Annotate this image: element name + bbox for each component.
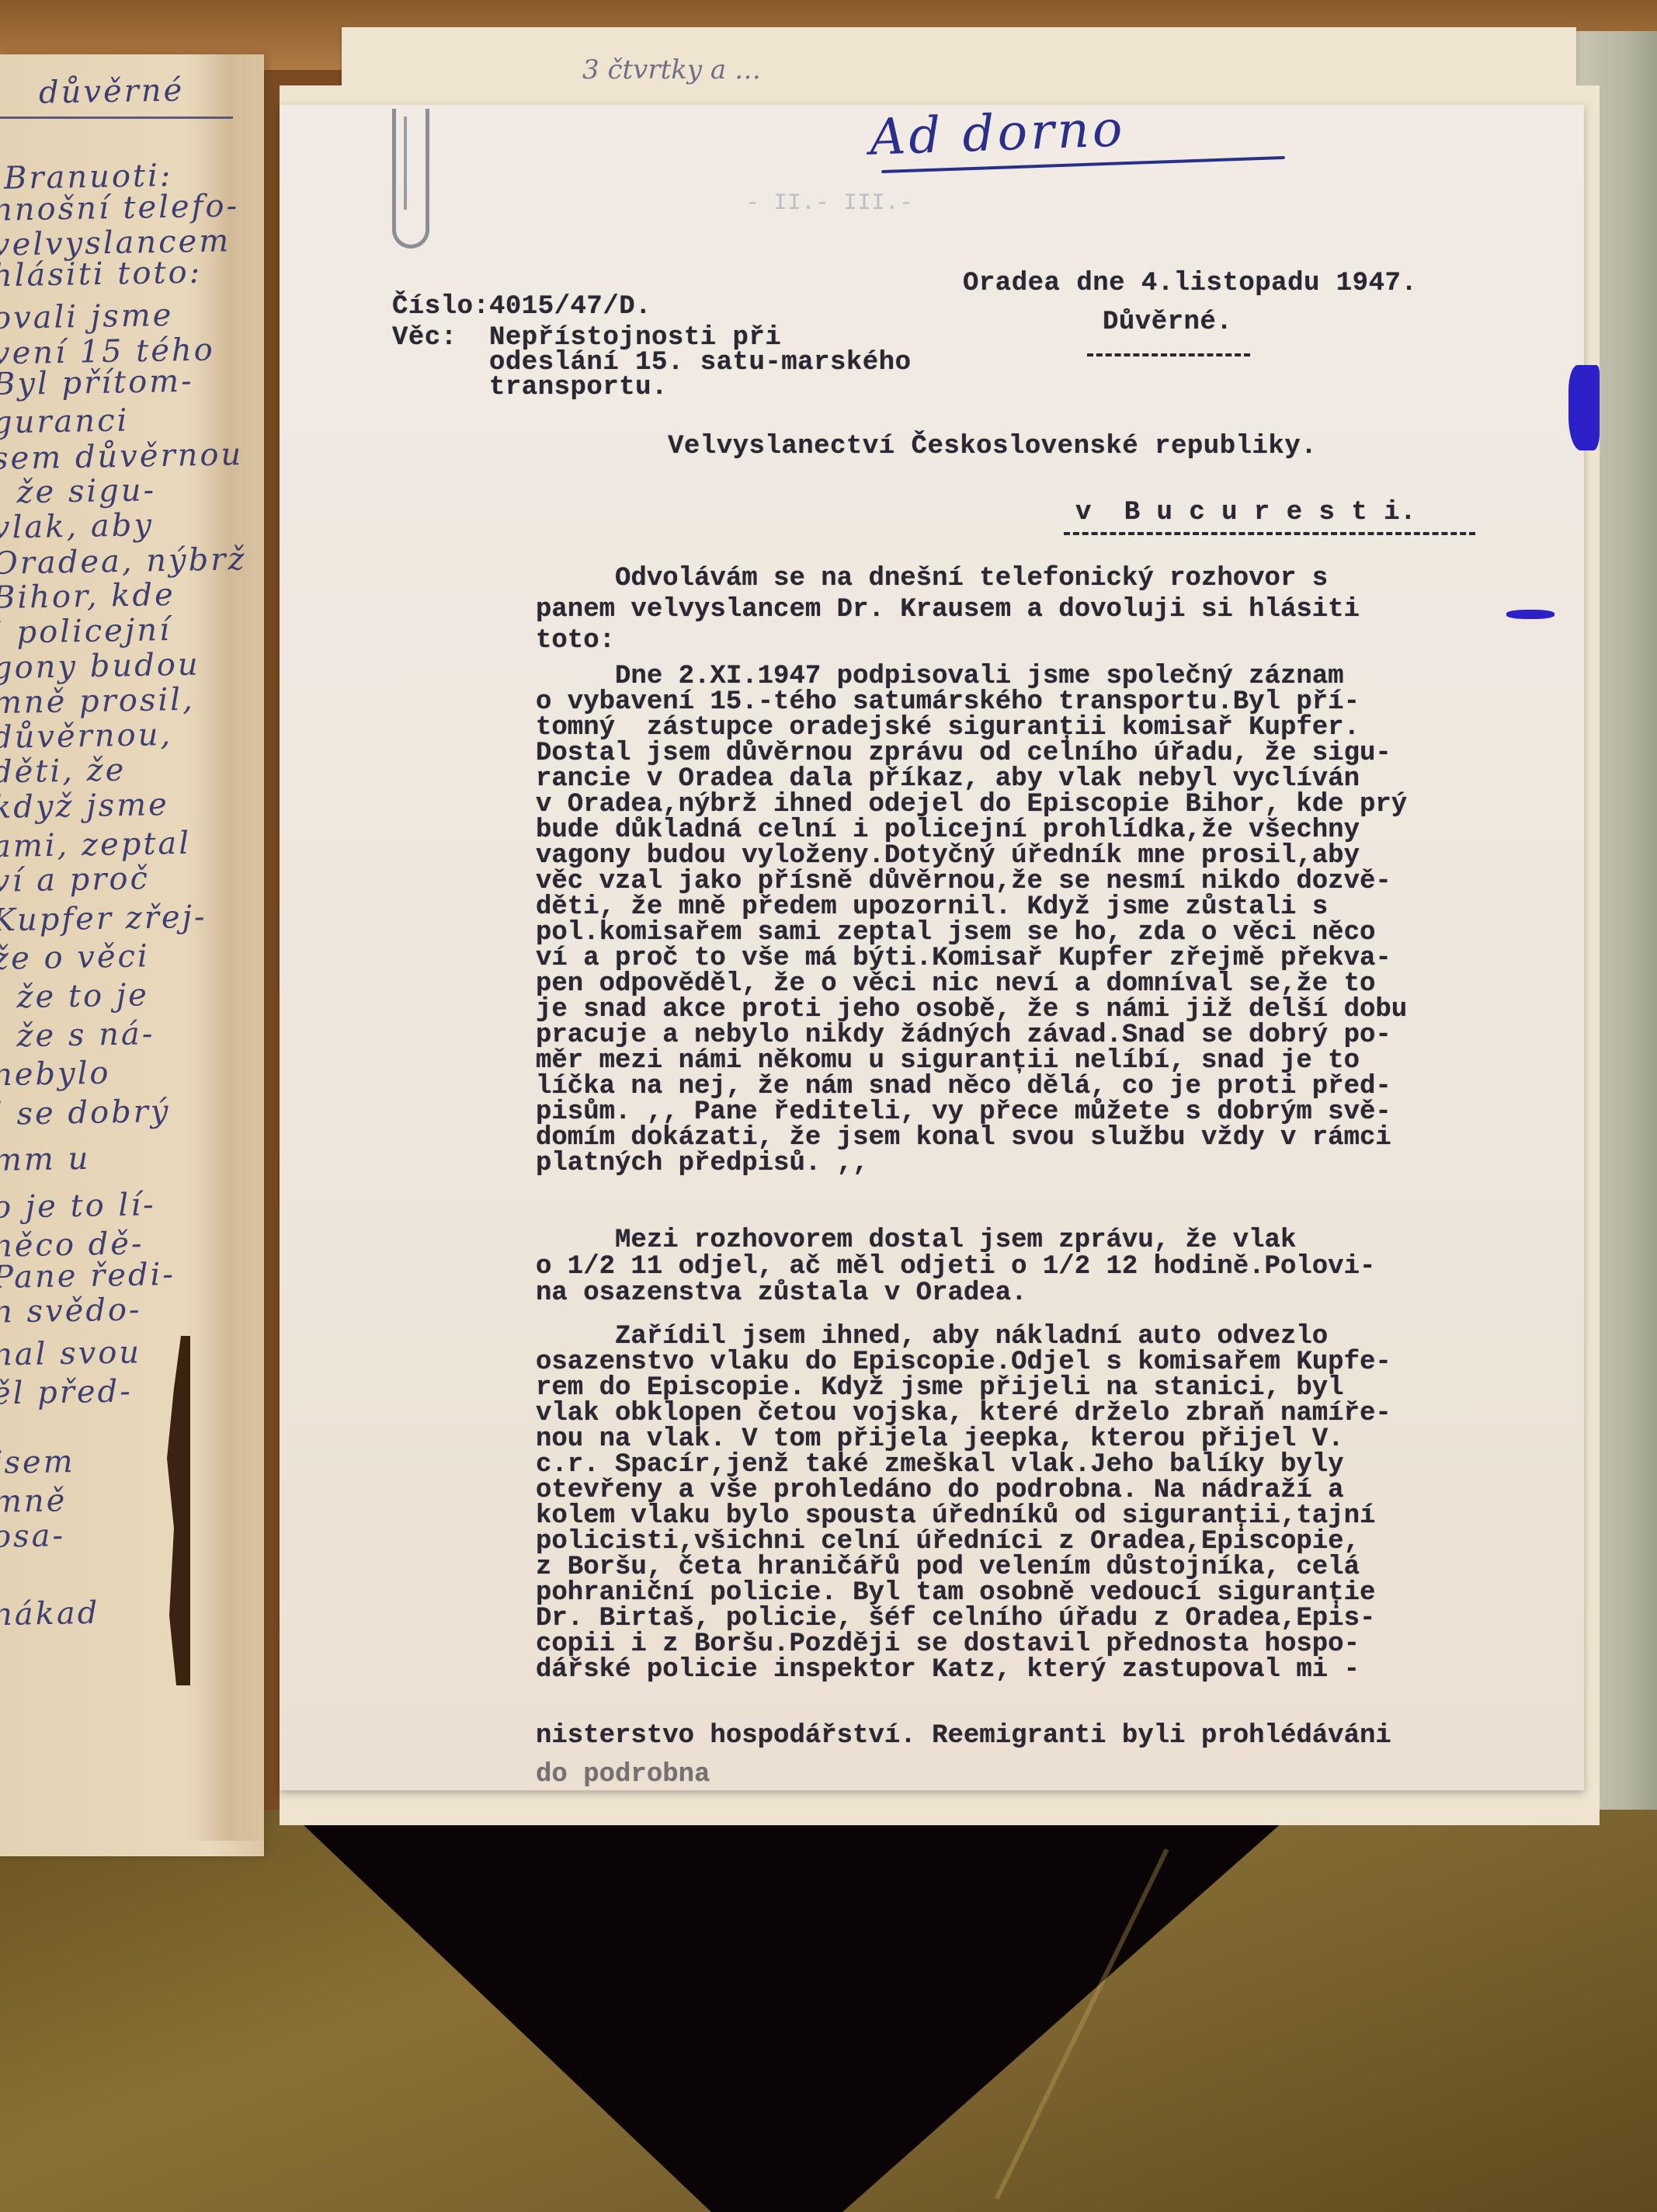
handwritten-line: Pane ředi- <box>0 1257 175 1296</box>
text-line: na osazenstva zůstala v Oradea. <box>536 1280 1530 1306</box>
place-and-date: Oradea dne 4.listopadu 1947. <box>963 268 1417 299</box>
text-line: Dostal jsem důvěrnou zprávu od celního ú… <box>536 741 1530 767</box>
text-line: pracuje a nebylo nikdy žádných závad.Sna… <box>536 1023 1530 1049</box>
handwritten-line: důvěrnou, <box>0 717 172 756</box>
handwritten-line: jsem <box>0 1444 75 1481</box>
text-line: v Oradea,nýbrž ihned odejel do Episcopie… <box>536 792 1530 818</box>
handwritten-line: , že sigu- <box>0 472 156 511</box>
text-line: osazenstvo vlaku do Episcopie.Odjel s ko… <box>536 1350 1530 1376</box>
addressee-embassy: Velvyslanectví Československé republiky. <box>668 431 1317 462</box>
paperclip-inner-wire <box>404 117 407 210</box>
handwritten-annotation: Ad dorno <box>869 100 1127 166</box>
text-line: ví a proč to vše má býti.Komisař Kupfer … <box>536 946 1530 972</box>
text-line: kolem vlaku bylo spousta úředníků od sig… <box>536 1504 1530 1529</box>
text-line: měr mezi námi někomu u siguranții nelíbí… <box>536 1049 1530 1074</box>
handwritten-line: i policejní <box>0 612 172 651</box>
handwritten-line: guranci <box>0 402 130 440</box>
text-line: copii i z Boršu.Později se dostavil před… <box>536 1632 1530 1657</box>
text-line: bude důkladná celní i policejní prohlídk… <box>536 818 1530 843</box>
text-line: otevřeny a vše prohledáno do podrobna. N… <box>536 1478 1530 1504</box>
text-line: Dr. Birtaš, policie, šéf celního úřadu z… <box>536 1606 1530 1632</box>
text-line: dářské policie inspektor Katz, který zas… <box>536 1657 1530 1683</box>
subject-label: Věc: <box>392 322 457 353</box>
subject-line-3: transportu. <box>489 372 668 403</box>
handwritten-line: n svědo- <box>0 1292 142 1330</box>
handwritten-line: že o věci <box>0 938 150 977</box>
handwritten-line: osa- <box>0 1518 65 1555</box>
text-line: domím dokázati, že jsem konal svou služb… <box>536 1125 1530 1151</box>
reference-number-value: 4015/47/D. <box>489 291 651 322</box>
handwritten-line: mně prosil, <box>0 682 195 722</box>
paragraph-2: Dne 2.XI.1947 podpisovali jsme společný … <box>536 664 1530 1177</box>
handwritten-line: sem důvěrnou <box>0 436 244 477</box>
handwritten-line: děti, že <box>0 752 127 790</box>
paragraph-5: nisterstvo hospodářství. Reemigranti byl… <box>536 1713 1530 1790</box>
text-line: Dne 2.XI.1947 podpisovali jsme společný … <box>536 664 1530 690</box>
ink-mark <box>1568 365 1600 450</box>
paragraph-3: Mezi rozhovorem dostal jsem zprávu, že v… <box>536 1227 1530 1306</box>
text-line: panem velvyslancem Dr. Krausem a dovoluj… <box>536 594 1530 625</box>
handwritten-line: nebylo <box>0 1056 111 1094</box>
handwritten-line: , že s ná- <box>0 1016 155 1055</box>
handwritten-line: nákad <box>0 1595 100 1633</box>
paragraph-1: Odvolávám se na dnešní telefonický rozho… <box>536 563 1530 656</box>
bleed-through-page-mark: - II.- III.- <box>745 190 913 217</box>
handwritten-line: Bihor, kde <box>0 577 175 616</box>
reference-number-label: Číslo: <box>392 291 489 322</box>
text-line: rancie v Oradea dala příkaz, aby vlak ne… <box>536 767 1530 792</box>
text-line: nou na vlak. V tom přijela jeepka, ktero… <box>536 1427 1530 1452</box>
text-line: rem do Episcopie. Když jsme přijeli na s… <box>536 1376 1530 1401</box>
text-line: vlak obklopen četou vojska, které drželo… <box>536 1401 1530 1427</box>
text-line: věc vzal jako přísně důvěrnou,že se nesm… <box>536 869 1530 895</box>
handwritten-line: Oradea, nýbrž <box>0 541 247 582</box>
text-line: pisům. ,, Pane řediteli, vy přece můžete… <box>536 1100 1530 1125</box>
text-line: Zařídil jsem ihned, aby nákladní auto od… <box>536 1324 1530 1350</box>
handwritten-line: důvěrné <box>39 72 185 110</box>
text-line: pohraniční policie. Byl tam osobně vedou… <box>536 1581 1530 1606</box>
text-line: Odvolávám se na dnešní telefonický rozho… <box>536 563 1530 594</box>
classification-label: Důvěrné. <box>1103 307 1232 338</box>
text-line: Mezi rozhovorem dostal jsem zprávu, že v… <box>536 1227 1530 1254</box>
text-line: o vybavení 15.-tého satumárského transpo… <box>536 690 1530 715</box>
handwritten-line: Byl přítom- <box>0 363 194 403</box>
addressee-city: v B u c u r e s t i. <box>1075 497 1416 528</box>
classification-rule <box>1087 353 1250 356</box>
handwritten-line: l se dobrý <box>0 1094 171 1132</box>
handwritten-line: ví a proč <box>0 861 150 899</box>
text-line: c.r. Spacír,jenž také zmeškal vlak.Jeho … <box>536 1452 1530 1478</box>
text-line: pol.komisařem sami zeptal jsem se ho, zd… <box>536 920 1530 946</box>
text-line: toto: <box>536 625 1530 656</box>
text-line: děti, že mně předem upozornil. Když jsme… <box>536 895 1530 920</box>
handwritten-line: mm u <box>0 1141 91 1178</box>
text-line: je snad akce proti jeho osobě, že s námi… <box>536 997 1530 1023</box>
text-line: do podrobna <box>536 1759 1530 1790</box>
handwritten-line: vlak, aby <box>0 507 154 546</box>
text-line: z Boršu, četa hraničářů pod velením důst… <box>536 1555 1530 1581</box>
handwritten-line: ovali jsme <box>0 297 174 336</box>
handwritten-line: gony budou <box>0 647 200 687</box>
text-line: líčka na nej, že nám snad něco dělá, co … <box>536 1074 1530 1100</box>
handwritten-line: mně <box>0 1483 68 1520</box>
stack-handwritten-note: 3 čtvrtky a … <box>582 54 761 85</box>
handwritten-line: když jsme <box>0 787 169 826</box>
handwritten-line: , že to je <box>0 977 149 1016</box>
handwritten-line: nnošní telefo- <box>0 188 239 228</box>
text-line: vagony budou vyloženy.Dotyčný úředník mn… <box>536 843 1530 869</box>
text-line: platných předpisů. ,, <box>536 1151 1530 1177</box>
handwritten-line: ěl před- <box>0 1373 133 1411</box>
paragraph-4: Zařídil jsem ihned, aby nákladní auto od… <box>536 1324 1530 1683</box>
handwritten-underline <box>0 117 233 119</box>
text-line: o 1/2 11 odjel, ač měl odjeti o 1/2 12 h… <box>536 1254 1530 1280</box>
text-line: nisterstvo hospodářství. Reemigranti byl… <box>536 1713 1530 1759</box>
text-line: pen odpověděl, že o věci nic neví a domn… <box>536 972 1530 997</box>
text-line: policisti,všichni celní úředníci z Orade… <box>536 1529 1530 1555</box>
handwritten-line: nal svou <box>0 1334 141 1372</box>
paperclip-icon <box>392 109 429 249</box>
page-fold-shadow <box>186 54 272 1841</box>
handwritten-line: hlásiti toto: <box>0 255 202 294</box>
handwritten-line: o je to lí- <box>0 1187 156 1226</box>
handwritten-line: ami, zeptal <box>0 826 191 864</box>
handwritten-line: Kupfer zřej- <box>0 899 207 939</box>
text-line: tomný zástupce oradejské siguranții komi… <box>536 715 1530 741</box>
addressee-rule <box>1064 532 1475 535</box>
